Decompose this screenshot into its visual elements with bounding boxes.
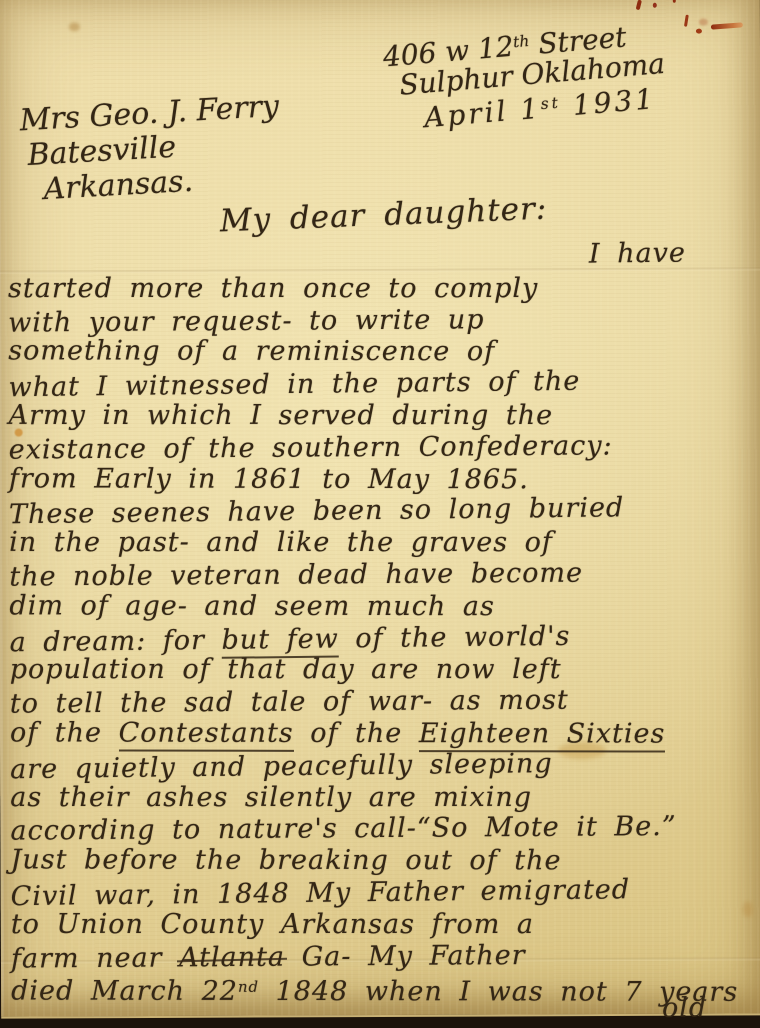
text-segment: with your request- to write up [8,304,485,338]
letter-line: according to nature's call-“So Mote it B… [10,811,752,848]
text-segment: farm near [11,942,179,974]
rust-stain [696,29,702,34]
text-segment: These seenes have been so long buried [9,493,625,531]
text-segment: according to nature's call-“So Mote it B… [10,811,676,847]
text-segment: dim of age- and seem much as [9,590,494,622]
text-segment: of the [294,718,419,749]
underline-text: Contestants [119,717,294,751]
letter-line: started more than once to comply [8,273,750,305]
letter-recipient: Mrs Geo. J. FerryBatesvilleArkansas. [19,89,284,209]
text-segment: population of that day are now left [10,654,562,685]
text-segment: of the world's [339,620,571,654]
letter-line: population of that day are now left [10,654,752,686]
text-segment: Just before the breaking out of the [11,844,562,876]
letter-line: Army in which I served during the [9,400,751,432]
letter-line: Civil war, in 1848 My Father emigrated [11,873,753,913]
rust-stain [653,3,657,8]
text-segment: I have [589,238,686,270]
letter-line: existance of the southern Confederacy: [9,429,751,466]
text-segment: from Early in 1861 to May 1865. [9,463,529,495]
rust-stain [636,0,642,10]
rust-stain [684,15,689,27]
text-segment: April 1 [423,92,542,135]
letter-heading: 406 w 12th StreetSulphur OklahomaApril 1… [382,15,669,137]
letter-line: My dear daughter: [219,191,548,240]
text-segment: Ga- My Father [285,940,526,973]
text-segment: Arkansas. [43,164,194,207]
text-segment: existance of the southern Confederacy: [9,430,613,465]
sup-text: st [540,94,562,114]
text-segment: to tell the sad tale of war- as most [10,685,569,720]
text-segment: something of a reminiscence of [8,336,495,368]
text-segment: old [662,993,708,1025]
letter-line: These seenes have been so long buried [9,491,751,531]
letter-line: with your request- to write up [8,302,750,339]
letter-line: in the past- and like the graves of [9,527,751,559]
strike-text: Atlanta [179,941,285,974]
foxing-spot [69,22,80,31]
text-segment: to Union County Arkansas from a [11,909,534,940]
letter-line: the noble veteran dead have become [9,556,751,593]
letter-body: I havestarted more than once to complywi… [8,239,753,1028]
rust-stain [711,22,743,29]
letter-line: as their ashes silently are mixing [10,782,752,814]
letter-line: dim of age- and seem much as [9,590,751,623]
text-segment: started more than once to comply [8,273,538,304]
letter-line: farm near Atlanta Ga- My Father [11,938,753,975]
letter-line: what I witnessed in the parts of the [8,364,750,404]
text-segment: are quietly and peacefully sleeping [10,748,553,785]
sup-text: nd [238,978,259,996]
letter-line: are quietly and peacefully sleeping [10,746,752,786]
letter-line: of the Contestants of the Eighteen Sixti… [10,717,752,750]
letter-line: something of a reminiscence of [8,336,750,369]
letter-line: a dream: for but few of the world's [9,618,751,658]
rust-stain [699,19,708,26]
text-segment: My dear daughter: [219,191,548,240]
text-segment: what I witnessed in the parts of the [8,366,580,403]
text-segment: Civil war, in 1848 My Father emigrated [11,874,631,912]
text-segment: 1931 [560,83,658,124]
letter-paper: 406 w 12th StreetSulphur OklahomaApril 1… [0,0,760,1019]
text-segment: as their ashes silently are mixing [10,782,532,813]
rust-stain [673,0,676,3]
text-segment: a dream: for [9,624,221,657]
text-segment: in the past- and like the graves of [9,527,553,558]
letter-line: to tell the sad tale of war- as most [10,684,752,721]
text-segment: Army in which I served during the [9,400,553,431]
letter-line: I have [8,237,750,277]
text-segment: of the [10,717,119,748]
text-segment: the noble veteran dead have become [9,558,583,593]
letter-line: Just before the breaking out of the [11,844,753,877]
letter-salutation: My dear daughter: [219,191,548,240]
photo-backdrop: { "letter": { "colors": { "ink": "#33261… [0,0,760,1028]
sup-text: th [512,32,530,51]
letter-line: to Union County Arkansas from a [11,909,753,941]
